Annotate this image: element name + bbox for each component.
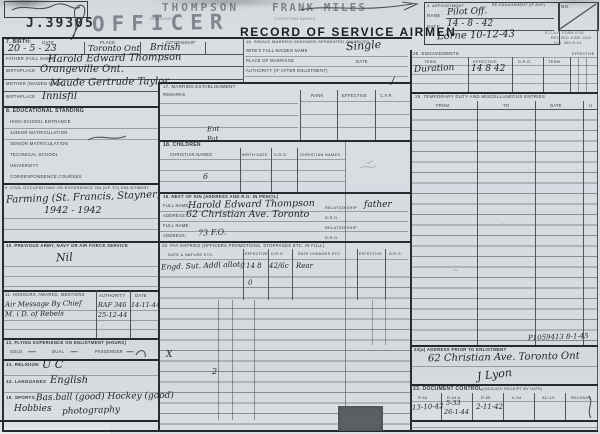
pay-col4: RATE CHANGES ETC. <box>298 252 341 256</box>
line <box>565 393 566 420</box>
line <box>375 90 376 140</box>
stray-mark: ✓ <box>365 157 373 167</box>
nok-address-label: ADDRESS: <box>163 213 186 218</box>
line <box>245 76 408 77</box>
line <box>4 320 158 321</box>
nok-dro-label: D.R.O. <box>325 215 339 220</box>
line <box>4 229 158 230</box>
marriage-authority-label: AUTHORITY (IF AFTER ENLISTMENT) <box>246 68 328 73</box>
honours-entry-text: Air Message By Chief <box>5 299 82 308</box>
line <box>96 291 97 338</box>
me-rank-label: RANK <box>311 93 324 98</box>
previous-service-label: 10. PREVIOUS ARMY, NAVY OR AIR FORCE SER… <box>6 243 128 248</box>
nok-relationship-label: RELATIONSHIP <box>325 205 357 210</box>
stray-mark: Ent <box>207 125 220 134</box>
stray-mark: · <box>501 220 504 230</box>
occupations-entry: 1942 - 1942 <box>44 205 102 216</box>
married-establishment-label: 17. MARRIED ESTABLISHMENT <box>163 84 236 89</box>
languages-label: 14. LANGUAGES <box>6 379 46 384</box>
line <box>160 259 408 260</box>
line <box>160 159 345 160</box>
line <box>597 2 598 431</box>
line <box>4 218 158 219</box>
re-engagement-label: RE-ENGAGEMENT (IF ANY) <box>492 3 545 7</box>
line <box>2 430 598 432</box>
flying-passenger-value: — <box>126 347 134 356</box>
me-cfr-label: C.F.R. <box>380 93 393 98</box>
temp-duty-col-from: FROM <box>436 103 449 108</box>
nok-address-value: 62 Christian Ave. Toronto <box>186 209 309 220</box>
sports-label: 15. SPORTS <box>6 395 35 400</box>
doc-control-value: 5-33 <box>446 399 461 407</box>
children-col-dro: D.R.O. <box>274 152 288 157</box>
honours-label: 11. HONOURS, AWARDS, MENTIONS <box>5 292 85 297</box>
line <box>254 300 255 420</box>
rank-value: Pilot Off. <box>447 6 488 17</box>
line <box>300 114 410 115</box>
line <box>4 310 158 311</box>
education-row-label: HIGH SCHOOL ENTRANCE <box>10 119 71 124</box>
pay-col5: EFFECTIVE <box>359 252 382 256</box>
children-col-birthdate: BIRTH DATE <box>242 152 268 157</box>
line <box>4 128 158 129</box>
doc-control-col: RELEASE <box>571 395 591 400</box>
line <box>534 393 535 420</box>
father-birthplace-label: BIRTHPLACE <box>6 68 35 73</box>
me-effective-label: EFFECTIVE <box>342 93 367 98</box>
stray-mark: ~ <box>452 266 460 276</box>
nok-relationship-value: father <box>364 200 392 210</box>
children-label: 18. CHILDREN <box>163 142 201 148</box>
line <box>84 42 85 54</box>
education-label: 8. EDUCATIONAL STANDING <box>6 108 84 114</box>
father-birthplace-value: Orangeville Ont. <box>40 64 124 75</box>
nok-name-label: FULL NAME: <box>163 203 190 208</box>
line <box>410 427 597 428</box>
form-ref-line: H.Q. 885-R-64 <box>554 41 581 45</box>
honours-entry-date: 14-11-44 <box>131 301 160 309</box>
remarks-label: REMARKS <box>163 92 185 97</box>
line <box>160 170 345 171</box>
temp-duty-label: 26. TEMPORARY DUTY AND MISCELLANEOUS ENT… <box>415 94 545 99</box>
line <box>245 56 408 57</box>
line <box>4 266 158 267</box>
line <box>411 83 597 84</box>
doc-control-value: 26-1-44 <box>444 408 469 416</box>
nok-relationship2-label: RELATIONSHIP <box>325 225 357 230</box>
line <box>385 300 386 345</box>
line <box>4 329 158 330</box>
doc-control-col: AC-19 <box>542 395 555 400</box>
scanned-service-record: J.39305 OFFICER THOMPSON FRANK MILES SUR… <box>0 0 600 434</box>
occupations-label: 9. CIVIL OCCUPATIONS OR EXPERIENCE ON (U… <box>5 185 149 190</box>
line <box>372 300 373 345</box>
form-ref-line: REVISED JUNE 1940 <box>551 36 591 40</box>
surname-label: SURNAME <box>150 16 172 21</box>
flying-dual-label: DUAL <box>52 349 64 354</box>
form-ref-line: R.C.A.F. FORM R.64 <box>545 31 584 35</box>
engagements-label: 25. ENGAGEMENTS <box>413 51 459 56</box>
wife-name-label: WIFE'S FULL MAIDEN NAME <box>246 48 308 53</box>
temp-duty-col-u: U <box>589 103 592 108</box>
no-label: NO. <box>561 4 570 9</box>
engagements-col-term2: TERM <box>548 59 560 64</box>
stray-mark: / <box>391 76 394 87</box>
line <box>411 74 597 75</box>
flying-dual-value: — <box>70 347 78 356</box>
hobbies-label: Hobbies <box>14 404 52 414</box>
line <box>160 181 345 182</box>
education-row-label: JUNIOR MATRICULATION <box>10 130 68 135</box>
honours-entry-authority: RAF 346 <box>98 301 127 309</box>
line <box>337 90 338 140</box>
education-row-label: CORRESPONDENCE COURSES <box>10 174 82 179</box>
christian-names-value: FRANK MILES <box>272 1 367 14</box>
pay-col3: D.R.O. <box>271 252 284 256</box>
education-row-label: UNIVERSITY <box>10 163 39 168</box>
line <box>245 66 408 67</box>
line <box>0 420 158 422</box>
flying-passenger-label: PASSENGER <box>95 349 123 354</box>
mother-birthplace-value: Innisfil <box>42 91 77 102</box>
line <box>4 286 158 287</box>
engagements-col-effective2: EFFECTIVE <box>572 52 594 56</box>
languages-value: English <box>50 375 88 386</box>
stray-mark: 73 F.O. <box>198 227 227 237</box>
nok-dro2-label: D.R.O. <box>325 235 339 240</box>
stray-mark: 0 <box>248 279 252 287</box>
pay-col1: DATE & NATURE ETC. <box>168 252 214 257</box>
hobbies-value: photography <box>62 405 120 417</box>
line <box>218 300 219 420</box>
education-row-label: TECHNICAL SCHOOL <box>10 152 58 157</box>
education-row-label: SENIOR MATRICULATION <box>10 141 68 146</box>
line <box>4 276 158 277</box>
service-number: J.39305 <box>26 16 95 31</box>
line <box>4 139 158 140</box>
doc-control-value: 2-11-42 <box>476 403 503 411</box>
honours-authority-label: AUTHORITY <box>99 293 125 298</box>
religion-value: U C <box>42 358 63 371</box>
doc-control-col: R.64 <box>418 395 427 400</box>
line <box>503 393 504 420</box>
line <box>160 103 298 104</box>
line <box>160 221 408 222</box>
line <box>243 37 244 82</box>
christian-names-label: CHRISTIAN NAMES <box>274 16 315 21</box>
marriage-date-label: DATE <box>356 59 368 64</box>
stray-mark: 6 <box>203 172 208 181</box>
doc-control-value: 13-10-42 <box>412 402 444 412</box>
doc-control-label: 23. DOCUMENT CONTROL <box>413 386 482 392</box>
line <box>160 127 298 128</box>
religion-label: 13. RELIGION <box>6 362 39 367</box>
line <box>2 359 158 361</box>
appointment-date-value: 14 - 8 - 42 <box>447 19 493 29</box>
previous-service-value: Nil <box>56 251 73 265</box>
birth-date-value: 20 - 5 - 23 <box>8 43 57 54</box>
pay-col2: EFFECTIVE <box>245 252 268 256</box>
flying-solo-label: SOLO <box>10 349 23 354</box>
pay-col6: D.R.O. <box>389 252 402 256</box>
mother-birthplace-label: BIRTHPLACE <box>6 94 35 99</box>
flying-solo-value: — <box>28 347 36 356</box>
line <box>130 291 131 338</box>
line <box>232 300 233 420</box>
temp-duty-col-to: TO <box>503 103 509 108</box>
marriage-place-label: PLACE OF MARRIAGE <box>246 58 294 63</box>
line <box>472 393 473 420</box>
pay-entries-label: 20. PAY ENTRIES (OFFICERS PROMOTIONS, ST… <box>162 243 324 248</box>
line <box>2 37 4 431</box>
honours-entry-authority: 25-12-44 <box>98 311 127 319</box>
nok-address2-label: ADDRESS: <box>163 233 186 238</box>
marital-value: Single <box>346 38 382 53</box>
children-col-names: CHRISTIAN NAMES <box>170 152 212 157</box>
rank-label: RANK <box>427 13 441 18</box>
engagements-effective-value: 14 8 42 <box>471 64 505 74</box>
appointment-date-label: DATE <box>427 24 440 29</box>
stray-mark: 2 <box>212 367 217 376</box>
line <box>410 420 598 422</box>
temp-duty-col-date: DATE <box>550 103 562 108</box>
engagements-col-dro: D.R.O. <box>518 59 532 64</box>
line <box>4 91 158 92</box>
ruled-rows <box>411 110 597 345</box>
redaction-box <box>338 406 383 431</box>
children-col-names2: CHRISTIAN NAMES <box>300 152 340 157</box>
nok-name2-label: FULL NAME: <box>163 223 190 228</box>
mother-value: Maude Gertrude Taylor <box>50 76 169 89</box>
line <box>160 115 298 116</box>
flying-label: 12. FLYING EXPERIENCE ON ENLISTMENT (HOU… <box>6 340 126 345</box>
doc-control-col: R-65 <box>481 395 491 400</box>
line <box>300 101 410 102</box>
stray-mark: Pat <box>207 135 219 144</box>
line <box>205 42 206 54</box>
stray-mark: X <box>166 350 172 360</box>
doc-control-sub-label: (INDICATE RECEIPT BY DATE) <box>482 387 543 391</box>
honours-date-label: DATE <box>135 293 147 298</box>
line <box>300 127 410 128</box>
surname-value: THOMPSON <box>162 1 239 14</box>
line <box>300 90 301 140</box>
doc-control-col: K-94 <box>512 395 521 400</box>
